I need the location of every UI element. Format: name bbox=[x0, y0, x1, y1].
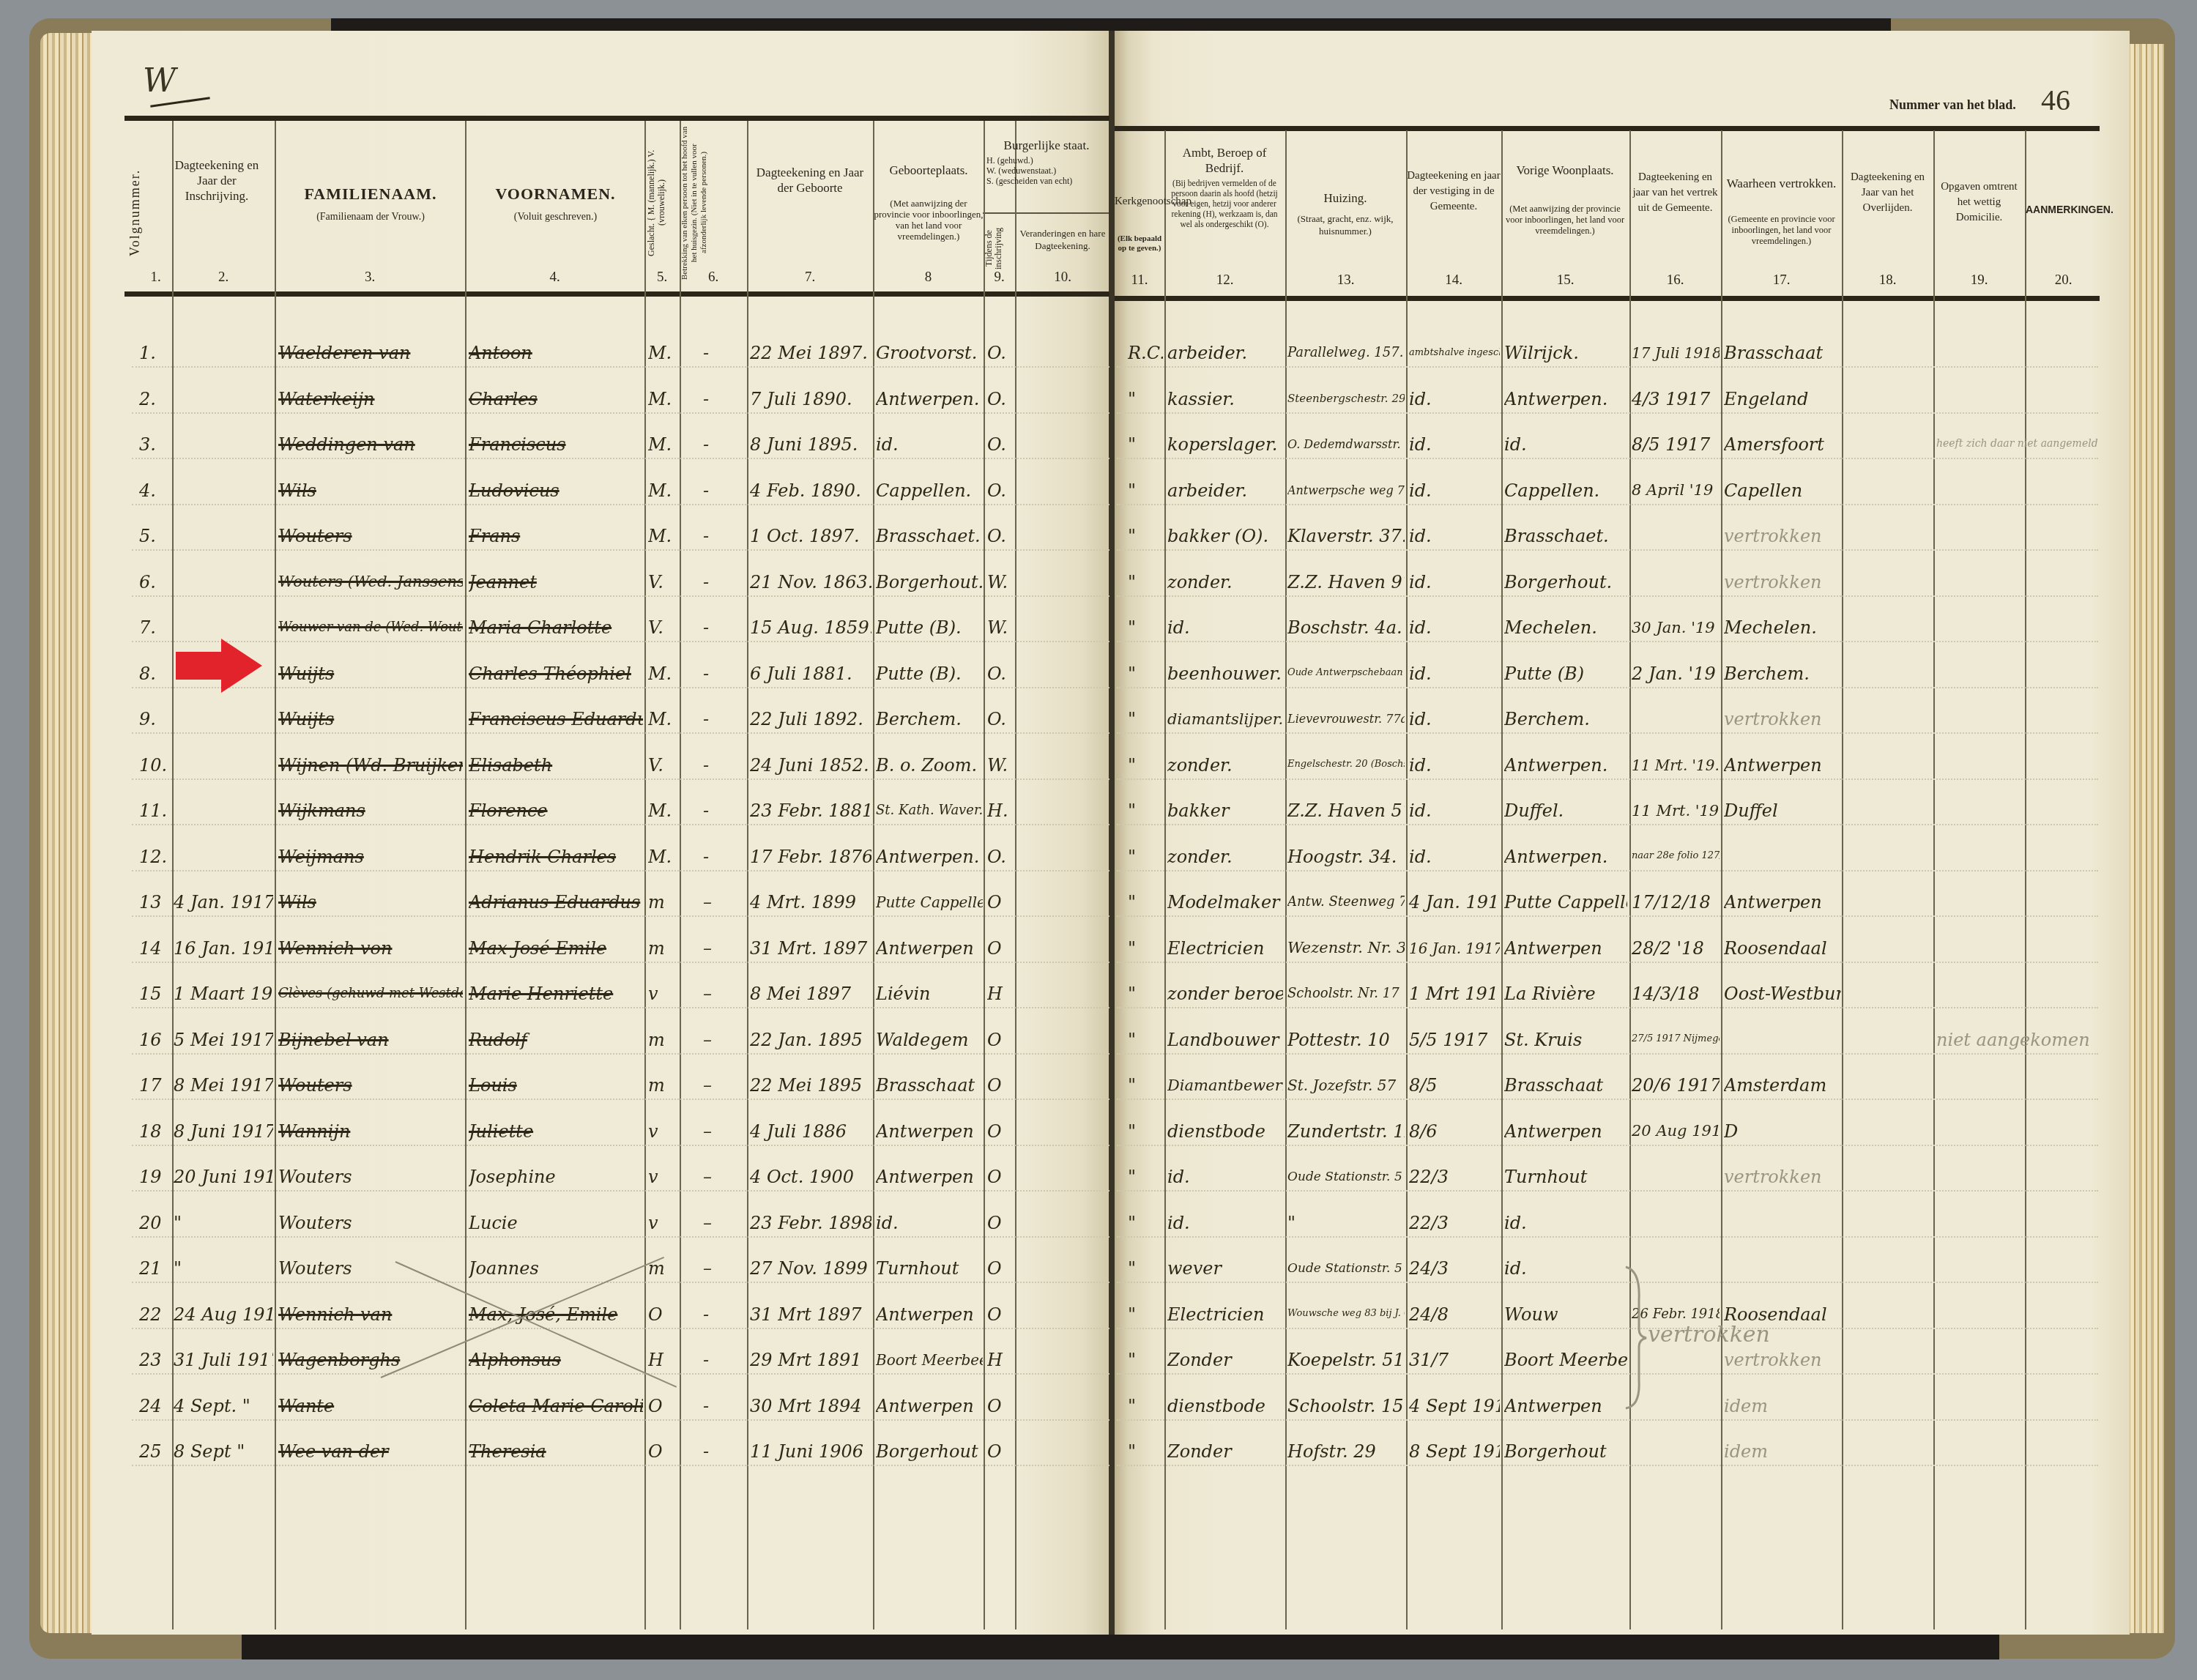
header-col-5: Geslacht. { M. (mannelijk.) V. (vrouweli… bbox=[646, 126, 678, 280]
cell-waarheen: Amersfoort bbox=[1724, 434, 1841, 455]
cell-betr: - bbox=[703, 389, 725, 409]
burgerlijke-staat-w: W. (weduwenstaat.) bbox=[986, 166, 1109, 176]
cell-naam: Weddingen van bbox=[278, 434, 463, 455]
cell-huizing: Zundertstr. 12 bbox=[1287, 1121, 1405, 1142]
cell-geboorte: 11 Juni 1906 bbox=[750, 1441, 871, 1462]
column-number-13: 13. bbox=[1285, 272, 1406, 289]
cell-geboorte: 17 Febr. 1876. bbox=[750, 847, 871, 867]
column-divider bbox=[873, 121, 874, 1629]
cell-huizing: Boschstr. 4a. bbox=[1287, 617, 1405, 638]
cell-kerk: " bbox=[1128, 572, 1163, 592]
cell-nr: 4. bbox=[139, 480, 171, 501]
cell-voornamen: Juliette bbox=[469, 1121, 643, 1142]
cell-naam: Wils bbox=[278, 892, 463, 913]
row-rule bbox=[132, 1373, 1109, 1375]
row-rule bbox=[132, 458, 1109, 459]
row-rule bbox=[132, 1465, 1109, 1466]
cell-vertrek: 8/5 1917 bbox=[1632, 434, 1720, 455]
column-number-8: 8 bbox=[873, 270, 984, 286]
cell-inschr: 31 Juli 1917 bbox=[174, 1350, 273, 1370]
row-rule bbox=[1117, 549, 2098, 551]
cell-vertrek: naar 28e folio 127/218 bbox=[1632, 850, 1720, 861]
row-rule bbox=[132, 1419, 1109, 1421]
column-divider bbox=[1933, 130, 1935, 1629]
cell-plaats: B. o. Zoom. bbox=[876, 755, 983, 776]
page-edges-left bbox=[40, 33, 93, 1633]
cell-vestiging: id. bbox=[1409, 709, 1500, 729]
cell-betr: – bbox=[703, 1167, 725, 1187]
row-rule bbox=[132, 778, 1109, 780]
cell-betr: - bbox=[703, 755, 725, 776]
cell-betr: - bbox=[703, 1441, 725, 1462]
cell-vestiging: id. bbox=[1409, 755, 1500, 776]
cell-geslacht: V. bbox=[648, 572, 677, 592]
column-divider bbox=[1015, 121, 1016, 1629]
cell-voornamen: Florence bbox=[469, 800, 643, 821]
cell-beroep: zonder. bbox=[1167, 755, 1283, 776]
cell-geslacht: v bbox=[648, 984, 677, 1004]
cell-vorige: Antwerpen bbox=[1504, 938, 1627, 959]
cell-staat: O bbox=[987, 1441, 1014, 1462]
cell-voornamen: Franciscus Eduardus bbox=[469, 709, 643, 729]
cell-waarheen: Duffel bbox=[1724, 800, 1841, 821]
column-number-14: 14. bbox=[1406, 272, 1501, 289]
cell-vestiging: ambtshalve ingeschreven. bbox=[1409, 347, 1500, 358]
header-col-8: Geboorteplaats. bbox=[874, 163, 984, 178]
cell-vorige: Antwerpen. bbox=[1504, 847, 1627, 867]
cell-plaats: Turnhout bbox=[876, 1258, 983, 1279]
cell-geboorte: 22 Mei 1895 bbox=[750, 1075, 871, 1096]
header-col-8-sub: (Met aanwijzing der provincie voor inboo… bbox=[874, 198, 984, 242]
cell-beroep: Modelmaker bbox=[1167, 892, 1283, 913]
cell-voornamen: Franciscus bbox=[469, 434, 643, 455]
cell-vestiging: 22/3 bbox=[1409, 1213, 1500, 1233]
cell-naam: Bijnebel van bbox=[278, 1030, 463, 1050]
cell-geboorte: 21 Nov. 1863. bbox=[750, 572, 871, 592]
row-rule bbox=[132, 915, 1109, 917]
cell-nr: 17 bbox=[139, 1075, 171, 1096]
column-number-4: 4. bbox=[465, 270, 644, 286]
row-rule bbox=[1117, 1419, 2098, 1421]
column-divider bbox=[644, 121, 646, 1629]
cell-vorige: Brasschaet. bbox=[1504, 526, 1627, 546]
row-rule bbox=[132, 824, 1109, 825]
cell-vestiging: id. bbox=[1409, 800, 1500, 821]
column-number-5: 5. bbox=[644, 270, 680, 286]
cell-naam: Wijnen (Wd. Bruijken.) bbox=[278, 755, 463, 776]
column-number-6: 6. bbox=[680, 270, 747, 286]
row-rule bbox=[132, 1053, 1109, 1055]
cell-nr: 20 bbox=[139, 1213, 171, 1233]
cell-geboorte: 1 Oct. 1897. bbox=[750, 526, 871, 546]
cell-beroep: bakker (O). bbox=[1167, 526, 1283, 546]
cell-beroep: kassier. bbox=[1167, 389, 1283, 409]
cell-staat: O bbox=[987, 1167, 1014, 1187]
cell-nr: 13 bbox=[139, 892, 171, 913]
header-col-10: Veranderingen en hare Dagteekening. bbox=[1016, 227, 1109, 252]
cell-plaats: Waldegem bbox=[876, 1030, 983, 1050]
cell-voornamen: Theresia bbox=[469, 1441, 643, 1462]
cell-vertrek: 17 Juli 1918 bbox=[1632, 344, 1720, 362]
cell-vorige: Cappellen. bbox=[1504, 480, 1627, 501]
cell-waarheen: Oost-Westburg bbox=[1724, 984, 1841, 1004]
header-col-18: Dagteekening en Jaar van het Overlijden. bbox=[1843, 170, 1933, 216]
cell-staat: O. bbox=[987, 343, 1014, 363]
cell-waarheen: idem bbox=[1724, 1441, 1841, 1462]
cell-staat: O bbox=[987, 1121, 1014, 1142]
cell-naam: Wee van der bbox=[278, 1441, 463, 1462]
cell-kerk: " bbox=[1128, 389, 1163, 409]
cell-staat: O. bbox=[987, 664, 1014, 684]
cell-geslacht: M. bbox=[648, 847, 677, 867]
cell-nr: 7. bbox=[139, 617, 171, 638]
cell-nr: 1. bbox=[139, 343, 171, 363]
cell-waarheen: Engeland bbox=[1724, 389, 1841, 409]
cell-geslacht: m bbox=[648, 1075, 677, 1096]
cell-plaats: Antwerpen. bbox=[876, 847, 983, 867]
cell-kerk: " bbox=[1128, 480, 1163, 501]
cell-inschr: 4 Sept. " bbox=[174, 1396, 273, 1416]
book-spine-shadow-bottom bbox=[242, 1635, 1999, 1659]
cell-plaats: Antwerpen. bbox=[876, 389, 983, 409]
header-col-19: Opgaven omtrent het wettig Domicilie. bbox=[1934, 179, 2024, 226]
cell-waarheen: vertrokken bbox=[1724, 572, 1841, 592]
header-col-4: VOORNAMEN. bbox=[466, 183, 645, 205]
cell-huizing: Wezenstr. Nr. 3 bbox=[1287, 939, 1405, 956]
cell-vestiging: 8 Sept 1917 bbox=[1409, 1441, 1500, 1462]
header-col-4-sub: (Voluit geschreven.) bbox=[466, 211, 645, 223]
cell-geslacht: M. bbox=[648, 709, 677, 729]
cell-kerk: " bbox=[1128, 1396, 1163, 1416]
row-rule bbox=[1117, 732, 2098, 734]
cell-beroep: arbeider. bbox=[1167, 343, 1283, 363]
cell-vertrek: 20/6 1917 bbox=[1632, 1075, 1720, 1096]
cell-geboorte: 4 Mrt. 1899 bbox=[750, 892, 871, 913]
cell-geslacht: M. bbox=[648, 800, 677, 821]
cell-vorige: Brasschaat bbox=[1504, 1075, 1627, 1096]
cell-kerk: " bbox=[1128, 1441, 1163, 1462]
cell-vestiging: id. bbox=[1409, 572, 1500, 592]
column-divider bbox=[1285, 130, 1287, 1629]
cell-voornamen: Josephine bbox=[469, 1167, 643, 1187]
cell-beroep: Zonder bbox=[1167, 1441, 1283, 1462]
row-rule bbox=[1117, 1282, 2098, 1283]
cell-geboorte: 8 Juni 1895. bbox=[750, 434, 871, 455]
cell-staat: O bbox=[987, 1075, 1014, 1096]
cell-voornamen: Coleta Marie Caroline bbox=[469, 1396, 643, 1416]
cell-waarheen: Amsterdam bbox=[1724, 1075, 1841, 1096]
cell-waarheen: vertrokken bbox=[1724, 526, 1841, 546]
cell-kerk: " bbox=[1128, 1350, 1163, 1370]
cell-nr: 24 bbox=[139, 1396, 171, 1416]
cell-nr: 16 bbox=[139, 1030, 171, 1050]
header-col-12-sub: (Bij bedrijven vermelden of de persoon d… bbox=[1165, 179, 1284, 230]
cell-plaats: Antwerpen bbox=[876, 938, 983, 959]
cell-kerk: R.C. bbox=[1128, 343, 1163, 363]
row-rule bbox=[132, 1007, 1109, 1008]
cell-waarheen: D bbox=[1724, 1121, 1841, 1142]
cell-betr: - bbox=[703, 480, 725, 501]
cell-kerk: " bbox=[1128, 617, 1163, 638]
header-col-13: Huizing. bbox=[1286, 190, 1405, 206]
cell-plaats: id. bbox=[876, 1213, 983, 1233]
cell-vorige: Antwerpen. bbox=[1504, 755, 1627, 776]
cell-huizing: Engelschestr. 20 (Boschstr. 26) bbox=[1287, 759, 1405, 770]
cell-geboorte: 22 Juli 1892. bbox=[750, 709, 871, 729]
cell-waarheen: idem bbox=[1724, 1396, 1841, 1416]
cell-geslacht: m bbox=[648, 892, 677, 913]
cell-betr: – bbox=[703, 984, 725, 1004]
cell-huizing: Antwerpsche weg 70. bbox=[1287, 483, 1405, 497]
cell-betr: - bbox=[703, 1350, 725, 1370]
cell-plaats: Grootvorst. bbox=[876, 343, 983, 363]
cell-voornamen: Max José Emile bbox=[469, 938, 643, 959]
cell-geboorte: 4 Oct. 1900 bbox=[750, 1167, 871, 1187]
row-rule bbox=[132, 1282, 1109, 1283]
cell-beroep: id. bbox=[1167, 1213, 1283, 1233]
cell-waarheen: Mechelen. bbox=[1724, 617, 1841, 638]
cell-geboorte: 6 Juli 1881. bbox=[750, 664, 871, 684]
cell-staat: W. bbox=[987, 755, 1014, 776]
column-number-12: 12. bbox=[1164, 272, 1285, 289]
cell-vestiging: 24/8 bbox=[1409, 1304, 1500, 1325]
cell-betr: - bbox=[703, 572, 725, 592]
header-col-11: Kerkgenootschap bbox=[1115, 194, 1164, 209]
cell-huizing: " bbox=[1287, 1213, 1405, 1233]
cell-staat: O bbox=[987, 892, 1014, 913]
cell-vestiging: 16 Jan. 1917 bbox=[1409, 940, 1500, 957]
cell-vestiging: id. bbox=[1409, 434, 1500, 455]
column-divider bbox=[984, 121, 985, 1629]
row-rule bbox=[1117, 1099, 2098, 1100]
cell-nr: 14 bbox=[139, 938, 171, 959]
cell-vorige: Mechelen. bbox=[1504, 617, 1627, 638]
cell-geboorte: 27 Nov. 1899 bbox=[750, 1258, 871, 1279]
cell-voornamen: Rudolf bbox=[469, 1030, 643, 1050]
cell-huizing: Z.Z. Haven 97. bbox=[1287, 572, 1405, 592]
row-rule bbox=[1117, 1465, 2098, 1466]
burgerlijke-staat-divider bbox=[983, 212, 1109, 214]
column-number-10: 10. bbox=[1015, 270, 1110, 286]
row-rule bbox=[1117, 915, 2098, 917]
cell-geboorte: 15 Aug. 1859. bbox=[750, 617, 871, 638]
cell-naam: Wils bbox=[278, 480, 463, 501]
cell-huizing: Klaverstr. 37. bbox=[1287, 526, 1405, 546]
cell-nr: 5. bbox=[139, 526, 171, 546]
cell-waarheen: vertrokken bbox=[1724, 1350, 1841, 1370]
cell-nr: 23 bbox=[139, 1350, 171, 1370]
row-rule bbox=[1117, 641, 2098, 642]
row-rule bbox=[1117, 687, 2098, 688]
header-col-15: Vorige Woonplaats. bbox=[1502, 163, 1628, 178]
cell-naam: Wuijts bbox=[278, 664, 463, 684]
cell-vestiging: 5/5 1917 bbox=[1409, 1030, 1500, 1050]
cell-geslacht: M. bbox=[648, 526, 677, 546]
cell-geslacht: H bbox=[648, 1350, 677, 1370]
cell-betr: – bbox=[703, 1258, 725, 1279]
column-divider bbox=[2025, 130, 2026, 1629]
cell-staat: H bbox=[987, 984, 1014, 1004]
cell-waarheen: Roosendaal bbox=[1724, 938, 1841, 959]
cell-inschr: " bbox=[174, 1213, 273, 1233]
cell-vorige: Borgerhout. bbox=[1504, 572, 1627, 592]
cell-nr: 3. bbox=[139, 434, 171, 455]
cell-beroep: arbeider. bbox=[1167, 480, 1283, 501]
row-rule bbox=[1117, 1236, 2098, 1238]
cell-staat: W. bbox=[987, 572, 1014, 592]
cell-geboorte: 23 Febr. 1898 bbox=[750, 1213, 871, 1233]
cell-beroep: beenhouwer. bbox=[1167, 664, 1283, 684]
cell-nr: 12. bbox=[139, 847, 171, 867]
sheet-label: Nummer van het blad. bbox=[1889, 97, 2016, 113]
cell-vestiging: id. bbox=[1409, 480, 1500, 501]
cell-huizing: Antw. Steenweg 70 bbox=[1287, 894, 1405, 910]
cell-beroep: dienstbode bbox=[1167, 1396, 1283, 1416]
cell-geslacht: M. bbox=[648, 343, 677, 363]
cell-geslacht: v bbox=[648, 1167, 677, 1187]
cell-plaats: Putte (B). bbox=[876, 664, 983, 684]
cell-vestiging: 31/7 bbox=[1409, 1350, 1500, 1370]
cell-vertrek: 11 Mrt. '19 bbox=[1632, 802, 1720, 819]
cell-huizing: Oude Stationstr. 5 bbox=[1287, 1170, 1405, 1184]
cell-kerk: " bbox=[1128, 1304, 1163, 1325]
cell-nr: 25 bbox=[139, 1441, 171, 1462]
cell-geboorte: 31 Mrt 1897 bbox=[750, 1304, 871, 1325]
cell-beroep: koperslager. bbox=[1167, 434, 1283, 455]
cell-voornamen: Frans bbox=[469, 526, 643, 546]
cell-kerk: " bbox=[1128, 1167, 1163, 1187]
cell-naam: Wannijn bbox=[278, 1121, 463, 1142]
cell-betr: - bbox=[703, 1304, 725, 1325]
column-divider bbox=[465, 121, 466, 1629]
cell-kerk: " bbox=[1128, 664, 1163, 684]
cell-huizing: Schoolstr. 15 bbox=[1287, 1396, 1405, 1416]
cell-betr: – bbox=[703, 1121, 725, 1142]
column-divider bbox=[1164, 130, 1166, 1629]
row-rule bbox=[132, 1190, 1109, 1192]
cell-vorige: Borgerhout bbox=[1504, 1441, 1627, 1462]
cell-betr: – bbox=[703, 938, 725, 959]
cell-naam: Weijmans bbox=[278, 847, 463, 867]
header-col-20: AANMERKINGEN. bbox=[2026, 202, 2103, 218]
header-col-6: Betrekking van elken persoon tot het hoo… bbox=[680, 126, 745, 280]
cell-plaats: Borgerhout bbox=[876, 1441, 983, 1462]
column-divider bbox=[1501, 130, 1503, 1629]
cell-vertrek: 30 Jan. '19 bbox=[1632, 619, 1720, 636]
cell-plaats: Cappellen. bbox=[876, 480, 983, 501]
cell-inschr: 4 Jan. 1917 bbox=[174, 892, 273, 913]
cell-vorige: Berchem. bbox=[1504, 709, 1627, 729]
cell-staat: O bbox=[987, 1213, 1014, 1233]
row-rule bbox=[132, 687, 1109, 688]
cell-betr: – bbox=[703, 892, 725, 913]
cell-naam: Wuijts bbox=[278, 709, 463, 729]
cell-geboorte: 22 Mei 1897. bbox=[750, 343, 871, 363]
cell-geboorte: 22 Jan. 1895 bbox=[750, 1030, 871, 1050]
cell-beroep: dienstbode bbox=[1167, 1121, 1283, 1142]
cell-waarheen: Antwerpen bbox=[1724, 892, 1841, 913]
cell-beroep: Diamantbewerker bbox=[1167, 1077, 1283, 1094]
burgerlijke-staat-h: H. (gehuwd.) bbox=[986, 155, 1109, 166]
cell-naam: Wouters bbox=[278, 1167, 463, 1187]
cell-betr: - bbox=[703, 343, 725, 363]
cell-huizing: Lievevrouwestr. 77a. bbox=[1287, 712, 1405, 726]
cell-betr: - bbox=[703, 617, 725, 638]
cell-huizing: Wouwsche weg 83 bij J. Gelens bbox=[1287, 1308, 1405, 1319]
cell-voornamen: Charles bbox=[469, 389, 643, 409]
cell-voornamen: Ludovicus bbox=[469, 480, 643, 501]
cell-vestiging: 4 Jan. 1917 bbox=[1409, 892, 1500, 913]
cell-kerk: " bbox=[1128, 847, 1163, 867]
cell-naam: Wennich von bbox=[278, 938, 463, 959]
header-burgerlijke-staat: Burgerlijke staat. bbox=[984, 138, 1109, 153]
cell-beroep: id. bbox=[1167, 1167, 1283, 1187]
header-col-3: FAMILIENAAM. bbox=[275, 183, 466, 205]
cell-nr: 11. bbox=[139, 800, 171, 821]
cell-geboorte: 4 Feb. 1890. bbox=[750, 480, 871, 501]
cell-nr: 9. bbox=[139, 709, 171, 729]
cell-vestiging: 1 Mrt 1917 bbox=[1409, 984, 1500, 1004]
row-rule bbox=[1117, 504, 2098, 505]
cell-geboorte: 24 Juni 1852. bbox=[750, 755, 871, 776]
cell-beroep: Electricien bbox=[1167, 938, 1283, 959]
cell-beroep: wever bbox=[1167, 1258, 1283, 1279]
row-rule bbox=[1117, 870, 2098, 871]
cell-betr: – bbox=[703, 1213, 725, 1233]
cell-naam: Wante bbox=[278, 1396, 463, 1416]
cell-plaats: Putte (B). bbox=[876, 617, 983, 638]
cell-vestiging: id. bbox=[1409, 389, 1500, 409]
folio-letter: W bbox=[143, 62, 176, 100]
column-divider bbox=[1842, 130, 1843, 1629]
cell-kerk: " bbox=[1128, 1258, 1163, 1279]
cell-betr: - bbox=[703, 1396, 725, 1416]
header-col-17: Waarheen vertrokken. bbox=[1722, 176, 1841, 191]
header-col-3-sub: (Familienaam der Vrouw.) bbox=[275, 211, 466, 223]
cell-plaats: Putte Cappelle bbox=[876, 893, 983, 911]
cell-waarheen: vertrokken bbox=[1724, 1167, 1841, 1187]
cell-geboorte: 30 Mrt 1894 bbox=[750, 1396, 871, 1416]
cell-inschr: 24 Aug 1917 bbox=[174, 1304, 273, 1325]
cell-kerk: " bbox=[1128, 938, 1163, 959]
cell-huizing: Pottestr. 10 bbox=[1287, 1030, 1405, 1050]
row-rule bbox=[1117, 1373, 2098, 1375]
cell-naam: Wouters (Wed. Janssens) bbox=[278, 573, 463, 590]
cell-vorige: id. bbox=[1504, 1213, 1627, 1233]
cell-nr: 18 bbox=[139, 1121, 171, 1142]
sheet-number: 46 bbox=[2041, 83, 2070, 117]
cell-voornamen: Adrianus Eduardus bbox=[469, 892, 643, 913]
cell-plaats: St. Kath. Waver. bbox=[876, 803, 983, 818]
cell-vorige: Antwerpen bbox=[1504, 1121, 1627, 1142]
cell-nr: 22 bbox=[139, 1304, 171, 1325]
header-col-12: Ambt, Beroep of Bedrijf. bbox=[1165, 145, 1284, 176]
cell-kerk: " bbox=[1128, 709, 1163, 729]
cell-kerk: " bbox=[1128, 755, 1163, 776]
row-rule bbox=[1117, 1328, 2098, 1329]
cell-beroep: zonder beroep bbox=[1167, 984, 1283, 1004]
cell-naam: Wouters bbox=[278, 1258, 463, 1279]
cell-nr: 21 bbox=[139, 1258, 171, 1279]
cell-naam: Wouwer van de (Wed. Wouters) bbox=[278, 620, 463, 635]
cell-staat: O. bbox=[987, 847, 1014, 867]
cell-geslacht: O bbox=[648, 1304, 677, 1325]
cell-geslacht: v bbox=[648, 1213, 677, 1233]
bracket-label: vertrokken bbox=[1648, 1322, 1770, 1348]
cell-beroep: Landbouwer bbox=[1167, 1030, 1283, 1050]
cell-geboorte: 23 Febr. 1881. bbox=[750, 800, 871, 821]
column-divider bbox=[1721, 130, 1722, 1629]
